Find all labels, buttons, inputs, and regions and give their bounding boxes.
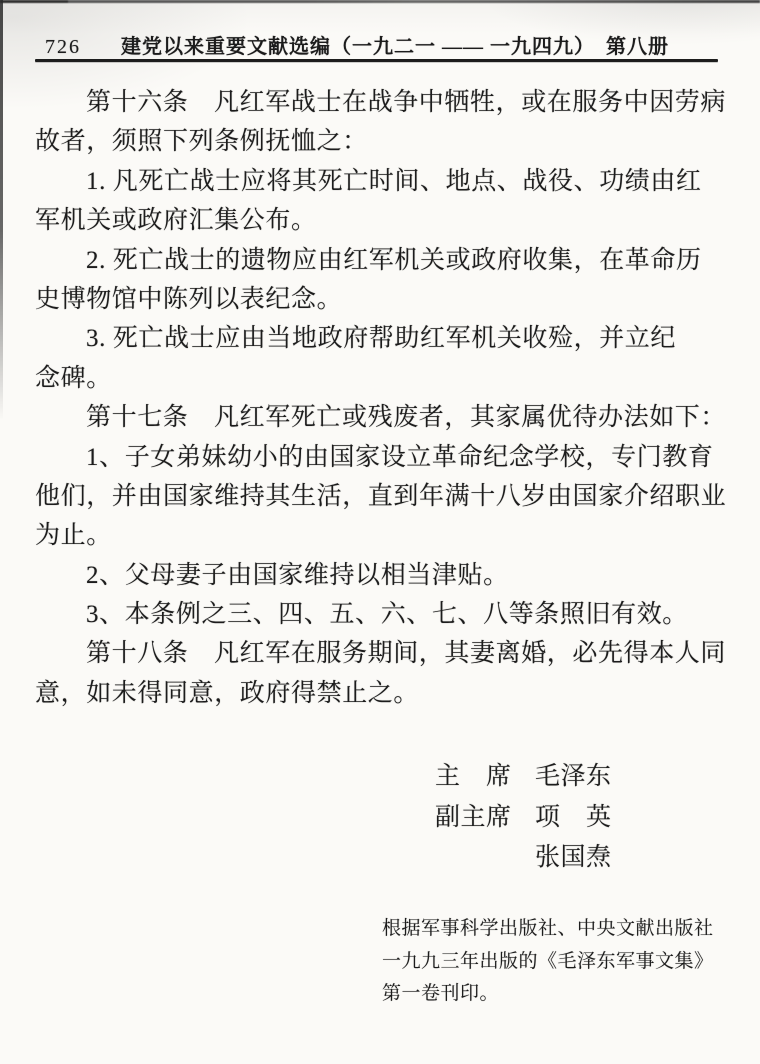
signature-role	[435, 838, 535, 879]
scan-edge-top-artifact	[0, 0, 760, 3]
running-head: 726 建党以来重要文献选编（一九二一 —— 一九四九） 第八册	[45, 30, 720, 59]
page-number: 726	[45, 36, 81, 59]
signature-row: 副主席项 英	[435, 798, 612, 839]
body-line: 1. 凡死亡战士应将其死亡时间、地点、战役、功绩由红	[35, 162, 735, 201]
signature-name: 毛泽东	[535, 757, 612, 798]
body-line: 第十六条 凡红军战士在战争中牺牲，或在服务中因劳病	[35, 83, 735, 122]
body-line: 3. 死亡战士应由当地政府帮助红军机关收殓，并立纪	[35, 319, 735, 358]
body-text: 第十六条 凡红军战士在战争中牺牲，或在服务中因劳病故者，须照下列条例抚恤之：1.…	[35, 83, 735, 713]
body-line: 为止。	[35, 516, 735, 555]
header-rule-divider	[35, 59, 718, 62]
signature-name: 项 英	[535, 798, 612, 839]
body-line: 史博物馆中陈列以表纪念。	[35, 280, 735, 319]
signature-row: 主 席毛泽东	[435, 757, 612, 798]
signature-role: 主 席	[435, 757, 535, 798]
body-line: 第十七条 凡红军死亡或残废者，其家属优待办法如下：	[35, 398, 735, 437]
body-line: 3、本条例之三、四、五、六、七、八等条照旧有效。	[35, 595, 735, 634]
body-line: 2、父母妻子由国家维持以相当津贴。	[35, 556, 735, 595]
signature-row: 张国焘	[435, 838, 612, 879]
body-line: 2. 死亡战士的遗物应由红军机关或政府收集，在革命历	[35, 241, 735, 280]
body-line: 他们，并由国家维持其生活，直到年满十八岁由国家介绍职业	[35, 477, 735, 516]
signature-name: 张国焘	[535, 838, 612, 879]
source-note-line: 根据军事科学出版社、中央文献出版社	[382, 913, 714, 946]
source-note-line: 一九九三年出版的《毛泽东军事文集》	[382, 946, 714, 979]
body-line: 1、子女弟妹幼小的由国家设立革命纪念学校，专门教育	[35, 438, 735, 477]
signature-role: 副主席	[435, 798, 535, 839]
body-line: 念碑。	[35, 359, 735, 398]
scan-edge-left-artifact	[0, 0, 3, 420]
body-line: 意，如未得同意，政府得禁止之。	[35, 674, 735, 713]
source-note-line: 第一卷刊印。	[382, 978, 714, 1011]
scanned-book-page: 726 建党以来重要文献选编（一九二一 —— 一九四九） 第八册 第十六条 凡红…	[0, 0, 760, 1064]
signature-block: 主 席毛泽东副主席项 英张国焘	[435, 757, 612, 879]
source-note: 根据军事科学出版社、中央文献出版社一九九三年出版的《毛泽东军事文集》第一卷刊印。	[382, 913, 714, 1011]
body-line: 故者，须照下列条例抚恤之：	[35, 122, 735, 161]
book-title-header: 建党以来重要文献选编（一九二一 —— 一九四九） 第八册	[121, 30, 669, 59]
body-line: 第十八条 凡红军在服务期间，其妻离婚，必先得本人同	[35, 634, 735, 673]
body-line: 军机关或政府汇集公布。	[35, 201, 735, 240]
